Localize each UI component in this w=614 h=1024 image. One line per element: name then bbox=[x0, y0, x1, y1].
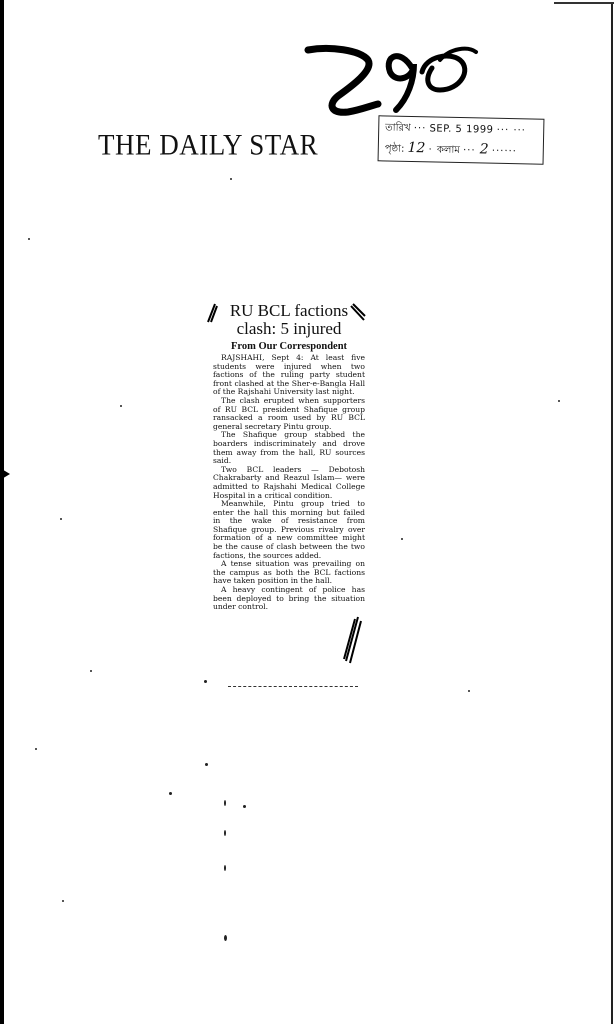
article-paragraph: Two BCL leaders — Debotosh Chakrabarty a… bbox=[213, 466, 365, 500]
stamp-dots: ······ bbox=[492, 146, 517, 158]
article-byline: From Our Correspondent bbox=[213, 341, 365, 353]
handwritten-number-strokes bbox=[300, 38, 490, 118]
stamp-page-value: 12 bbox=[407, 140, 425, 156]
stamp-date-label: তারিখ bbox=[385, 122, 411, 134]
stamp-page-row: পৃষ্ঠা: 12 · কলাম ··· 2 ······ bbox=[385, 139, 518, 161]
article-paragraph: Meanwhile, Pintu group tried to enter th… bbox=[213, 500, 365, 560]
clipping-cut-mark-icon bbox=[340, 615, 362, 665]
scan-top-border bbox=[554, 2, 614, 4]
stamp-column-value: 2 bbox=[480, 141, 489, 157]
headline-line-2: clash: 5 injured bbox=[237, 319, 342, 338]
stamp-dots: ··· ··· bbox=[497, 125, 526, 137]
stamp-date-value: SEP. 5 1999 bbox=[429, 123, 493, 135]
article-paragraph: A heavy contingent of police has been de… bbox=[213, 586, 365, 612]
article-paragraph: A tense situation was prevailing on the … bbox=[213, 560, 365, 586]
clipping-cut-line bbox=[228, 684, 358, 687]
headline-line-1: RU BCL factions bbox=[230, 301, 348, 320]
archive-date-stamp: তারিখ ··· SEP. 5 1999 ··· ··· পৃষ্ঠা: 12… bbox=[378, 115, 545, 164]
stamp-dots: ··· bbox=[463, 145, 480, 156]
handwritten-archive-number: 290 bbox=[300, 38, 490, 118]
article-paragraph: The Shafique group stabbed the boarders … bbox=[213, 431, 365, 465]
stamp-column-label: কলাম bbox=[437, 144, 460, 155]
stamp-date-row: তারিখ ··· SEP. 5 1999 ··· ··· bbox=[385, 120, 526, 140]
article-headline: RU BCL factions clash: 5 injured bbox=[213, 302, 365, 338]
scan-left-border bbox=[0, 0, 4, 1024]
stamp-dots: ··· bbox=[414, 123, 427, 134]
scan-edge-mark bbox=[0, 468, 10, 480]
article-paragraph: RAJSHAHI, Sept 4: At least five students… bbox=[213, 354, 365, 397]
news-clipping: RU BCL factions clash: 5 injured From Ou… bbox=[213, 302, 365, 612]
stamp-page-label: পৃষ্ঠা: bbox=[385, 143, 405, 154]
article-body: RAJSHAHI, Sept 4: At least five students… bbox=[213, 354, 365, 612]
publication-masthead: THE DAILY STAR bbox=[98, 129, 318, 162]
article-paragraph: The clash erupted when supporters of RU … bbox=[213, 397, 365, 431]
scan-right-border bbox=[611, 4, 613, 1024]
